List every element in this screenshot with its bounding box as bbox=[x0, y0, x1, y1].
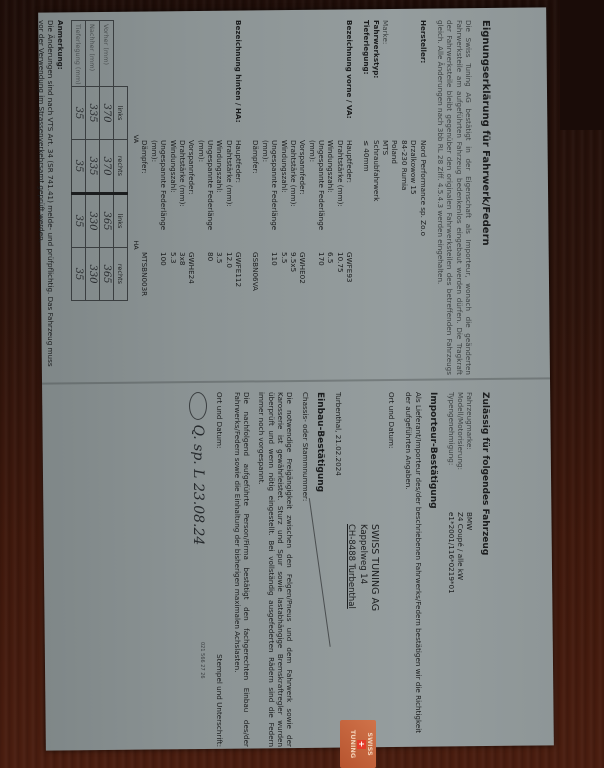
spec-value: GSBN06VA bbox=[251, 252, 260, 291]
page-1: Eignungserklärung für Fahrwerk/Federn Di… bbox=[0, 20, 498, 375]
spec-row: Drahtstärke (mm):3x8 bbox=[178, 140, 187, 375]
document-title: Eignungserklärung für Fahrwerk/Federn bbox=[479, 20, 492, 375]
measurement-cell: 35 bbox=[71, 194, 85, 248]
spec-row: Vorspannfeder:GWHE02 bbox=[298, 140, 307, 375]
front-spec-list: Hauptfeder:GWFE93Drahtstärke (mm):10.75W… bbox=[251, 140, 354, 375]
lowering-value: ≤ 40mm bbox=[362, 140, 371, 375]
vehicle-value: Z4 Coupé / alle kW bbox=[456, 512, 465, 747]
spec-row: Windungszahl:5.5 bbox=[279, 140, 288, 375]
measurement-cell: 370 bbox=[99, 140, 113, 194]
spec-row: Drahtstärke (mm):12.0 bbox=[224, 140, 233, 375]
spec-value: 12.0 bbox=[224, 252, 233, 268]
spec-row: Vorspannfeder:GWHE24 bbox=[187, 140, 196, 375]
measurement-cell: 370 bbox=[99, 87, 113, 140]
remark-text: Die Änderungen sind nach VTS Art. 34 (SR… bbox=[37, 20, 56, 375]
front-spec-section: Bezeichnung vorne / VA: Hauptfeder:GWFE9… bbox=[251, 20, 354, 375]
vehicle-value: BMW bbox=[465, 512, 474, 747]
spec-key: Drahtstärke (mm): bbox=[289, 140, 298, 252]
col-header: links bbox=[113, 87, 127, 140]
spec-value: GWFE112 bbox=[234, 252, 243, 287]
handwritten-mark bbox=[189, 392, 207, 420]
measurement-cell: 365 bbox=[99, 248, 113, 301]
installation-place-label: Ort und Datum: bbox=[215, 392, 224, 448]
row-label: Nachher (mm) bbox=[85, 21, 99, 87]
paper-fold-line bbox=[42, 377, 550, 384]
brand-value: MTS bbox=[381, 140, 390, 375]
installation-paragraph-1: Die notwendige Freigängigkeit zwischen d… bbox=[257, 392, 294, 747]
spec-value: 5.5 bbox=[279, 252, 288, 263]
vehicle-key: Fahrzeugmarke: bbox=[465, 392, 474, 512]
spec-key: Drahtstärke (mm): bbox=[178, 140, 187, 252]
importer-place-label: Ort und Datum: bbox=[386, 392, 395, 747]
spec-row: Ungespannte Federlänge (mm):170 bbox=[307, 140, 326, 375]
brand-label: Marke: bbox=[381, 20, 390, 140]
importer-title: Importeur-Bestätigung bbox=[427, 392, 439, 747]
spec-key: Dämpfer: bbox=[251, 140, 260, 252]
spec-key: Vorspannfeder: bbox=[187, 140, 196, 252]
spec-value: 170 bbox=[307, 252, 326, 266]
spec-row: Hauptfeder:GWFE112 bbox=[234, 140, 243, 375]
lowering-row: Tieferlegung: ≤ 40mm bbox=[362, 20, 371, 375]
col-header: links bbox=[113, 194, 127, 248]
brand-row: Marke: MTS bbox=[381, 20, 390, 375]
manufacturer-value: Nord Performance sp. Zo.o Drzalkowow 15 … bbox=[390, 140, 427, 375]
rear-spec-section: Bezeichnung hinten / HA: Hauptfeder:GWFE… bbox=[140, 20, 243, 375]
rear-spec-list: Hauptfeder:GWFE112Drahtstärke (mm):12.0W… bbox=[140, 140, 243, 375]
measurement-cell: 330 bbox=[85, 194, 99, 248]
spec-value: 110 bbox=[260, 252, 279, 266]
measurement-table: links rechts links rechts Vorher (mm)370… bbox=[71, 20, 128, 301]
spec-value: 5.3 bbox=[168, 252, 177, 263]
measurement-cell: 330 bbox=[85, 248, 99, 301]
measurement-table-header: links rechts links rechts bbox=[113, 21, 127, 301]
sticker-text-bottom: TUNING bbox=[348, 720, 356, 768]
spec-key: Ungespannte Federlänge (mm): bbox=[196, 140, 215, 252]
swiss-cross-icon: + bbox=[357, 740, 366, 749]
vehicle-title: Zulässig für folgendes Fahrzeug bbox=[478, 392, 490, 747]
spec-key: Dämpfer: bbox=[140, 140, 149, 252]
page-2: Zulässig für folgendes Fahrzeug Fahrzeug… bbox=[0, 392, 498, 747]
importer-stamp: SWISS TUNING AG Kappelweg 14 CH-8488 Tur… bbox=[345, 524, 381, 747]
installation-signature-row: Ort und Datum: Stempel und Unterschrift: bbox=[215, 392, 224, 747]
spec-key: Hauptfeder: bbox=[345, 140, 354, 252]
axle-headers: VA HA bbox=[132, 86, 140, 375]
front-spec-label: Bezeichnung vorne / VA: bbox=[251, 20, 354, 140]
spec-row: Drahtstärke (mm):10.75 bbox=[335, 140, 344, 375]
spec-row: Ungespannte Federlänge (mm):100 bbox=[150, 140, 169, 375]
axle-va: VA bbox=[132, 86, 140, 192]
measurement-cell: 35 bbox=[71, 87, 85, 140]
spec-row: Ungespannte Federlänge (mm):80 bbox=[196, 140, 215, 375]
spec-key: Vorspannfeder: bbox=[298, 140, 307, 252]
chassis-type-label: Fahrwerkstyp: bbox=[371, 20, 380, 140]
spec-row: Hauptfeder:GWFE93 bbox=[345, 140, 354, 375]
installer-stamp: 021 566 27 26 bbox=[199, 642, 205, 747]
chassis-type-row: Fahrwerkstyp: Schraubfahrwerk bbox=[371, 20, 380, 375]
spec-value: 100 bbox=[150, 252, 169, 266]
spec-key: Windungszahl: bbox=[168, 140, 177, 252]
handwritten-date-value: 23.08.24 bbox=[190, 483, 206, 545]
spec-key: Windungszahl: bbox=[326, 140, 335, 252]
manufacturer-line: Nord Performance sp. Zo.o bbox=[418, 140, 427, 375]
manufacturer-line: Poland bbox=[390, 140, 399, 375]
spec-row: Windungszahl:6.5 bbox=[326, 140, 335, 375]
vehicle-row: Modell/Motorisierung:Z4 Coupé / alle kW bbox=[456, 392, 465, 747]
measurement-cell: 335 bbox=[85, 87, 99, 140]
spec-value: 9.5x5 bbox=[289, 252, 298, 272]
col-header: rechts bbox=[113, 248, 127, 301]
handwritten-prefix: Q. sp. L bbox=[190, 424, 206, 478]
measurement-cell: 335 bbox=[85, 140, 99, 194]
spec-key: Ungespannte Federlänge (mm): bbox=[260, 140, 279, 252]
measurement-cell: 35 bbox=[71, 248, 85, 301]
spec-value: 6.5 bbox=[326, 252, 335, 263]
sticker-text-top: SWISS bbox=[366, 720, 374, 768]
intro-text: Die Swiss Tuning AG bestätigt in der Eig… bbox=[436, 20, 473, 375]
table-row: Tieferlegung (mm)35353535 bbox=[71, 21, 85, 301]
spec-key: Windungszahl: bbox=[215, 140, 224, 252]
spec-key: Ungespannte Federlänge (mm): bbox=[150, 140, 169, 252]
installation-paragraph-2: Die nachfolgend aufgeführte Person/Firma… bbox=[232, 392, 251, 747]
spec-value: GWFE93 bbox=[345, 252, 354, 283]
chassis-type-value: Schraubfahrwerk bbox=[371, 140, 380, 375]
vehicle-key: Modell/Motorisierung: bbox=[456, 392, 465, 512]
remark-section: Anmerkung: Die Änderungen sind nach VTS … bbox=[37, 20, 65, 375]
spec-key: Ungespannte Federlänge (mm): bbox=[307, 140, 326, 252]
row-label: Tieferlegung (mm) bbox=[71, 21, 85, 87]
spec-value: 10.75 bbox=[335, 252, 344, 273]
vehicle-list: Fahrzeugmarke:BMWModell/Motorisierung:Z4… bbox=[446, 392, 474, 747]
vehicle-key: Typengenehmigung: bbox=[446, 392, 455, 512]
installer-stamp-phone: 021 566 27 26 bbox=[199, 642, 205, 747]
spec-key: Drahtstärke (mm): bbox=[224, 140, 233, 252]
spec-value: 3x8 bbox=[178, 252, 187, 265]
manufacturer-row: Hersteller: Nord Performance sp. Zo.o Dr… bbox=[390, 20, 427, 375]
spec-key: Drahtstärke (mm): bbox=[335, 140, 344, 252]
spec-key: Windungszahl: bbox=[279, 140, 288, 252]
installation-stamp-label: Stempel und Unterschrift: bbox=[215, 654, 224, 747]
vehicle-value: e1*2001/116*0219*01 bbox=[446, 512, 455, 747]
spec-row: Dämpfer:MTSBN003R bbox=[140, 140, 149, 375]
background-shadow bbox=[560, 0, 604, 130]
spec-key: Hauptfeder: bbox=[234, 140, 243, 252]
spec-value: 3.5 bbox=[215, 252, 224, 263]
axle-ha: HA bbox=[132, 192, 140, 298]
swiss-tuning-sticker: SWISS + TUNING bbox=[340, 720, 376, 768]
manufacturer-label: Hersteller: bbox=[390, 20, 427, 140]
spec-row: Windungszahl:5.3 bbox=[168, 140, 177, 375]
vehicle-row: Typengenehmigung:e1*2001/116*0219*01 bbox=[446, 392, 455, 747]
remark-label: Anmerkung: bbox=[55, 20, 64, 375]
table-row: Nachher (mm)335335330330 bbox=[85, 21, 99, 301]
measurement-cell: 35 bbox=[71, 140, 85, 194]
spec-row: Dämpfer:GSBN06VA bbox=[251, 140, 260, 375]
manufacturer-line: 84-230 Rumia bbox=[399, 140, 408, 375]
manufacturer-line: Drzalkowow 15 bbox=[409, 140, 418, 375]
chassis-number-label: Chassis- oder Stammnummer: bbox=[300, 392, 309, 747]
lowering-label: Tieferlegung: bbox=[362, 20, 371, 140]
spec-value: MTSBN003R bbox=[140, 252, 149, 296]
spec-row: Drahtstärke (mm):9.5x5 bbox=[289, 140, 298, 375]
col-header: rechts bbox=[113, 140, 127, 194]
spec-value: GWHE24 bbox=[187, 252, 196, 284]
measurement-cell: 365 bbox=[99, 194, 113, 248]
spec-value: 80 bbox=[196, 252, 215, 261]
spec-row: Ungespannte Federlänge (mm):110 bbox=[260, 140, 279, 375]
importer-text: Als Lieferant/Importeur des/der beschrie… bbox=[404, 392, 423, 747]
row-label: Vorher (mm) bbox=[99, 21, 113, 87]
vehicle-row: Fahrzeugmarke:BMW bbox=[465, 392, 474, 747]
rear-spec-label: Bezeichnung hinten / HA: bbox=[140, 20, 243, 140]
spec-value: GWHE02 bbox=[298, 252, 307, 284]
spec-row: Windungszahl:3.5 bbox=[215, 140, 224, 375]
table-row: Vorher (mm)370370365365 bbox=[99, 21, 113, 301]
